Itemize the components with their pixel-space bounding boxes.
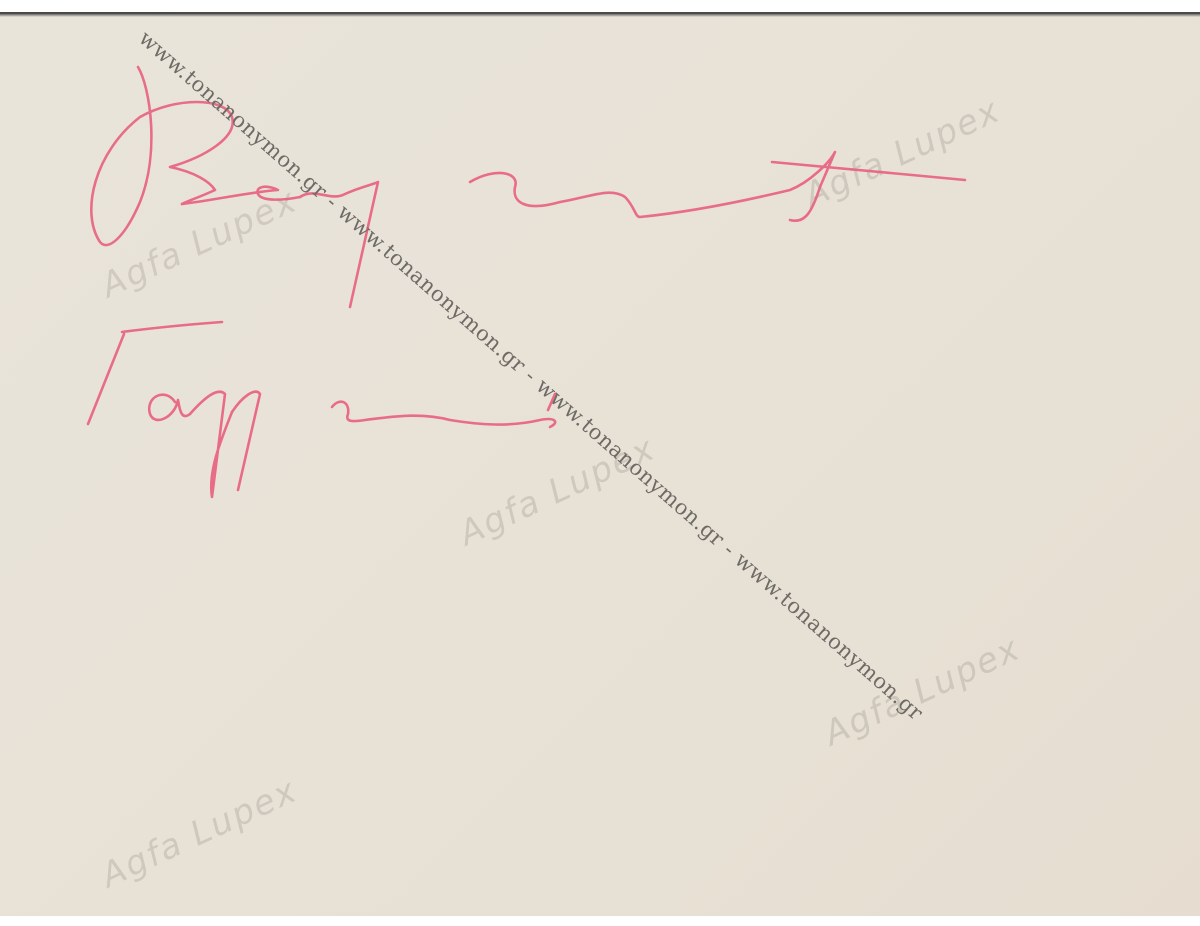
handwriting-inscription [0, 12, 1200, 916]
photo-back: Agfa Lupex Agfa Lupex Agfa Lupex Agfa Lu… [0, 12, 1200, 916]
